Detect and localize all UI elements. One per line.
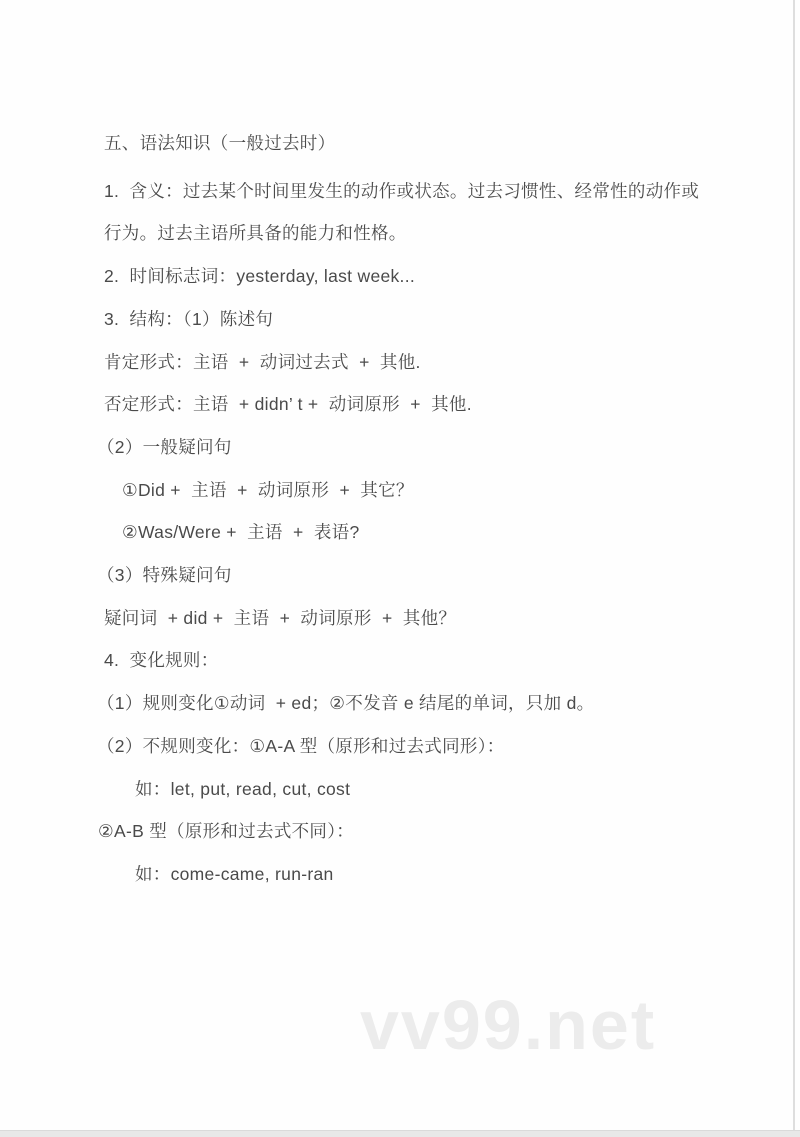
doc-line-meaning: 1. 含义：过去某个时间里发生的动作或状态。过去习惯性、经常性的动作或 <box>0 170 800 213</box>
doc-line-did-pattern: ①Did + 主语 + 动词原形 + 其它？ <box>0 469 800 512</box>
doc-line-meaning-cont: 行为。过去主语所具备的能力和性格。 <box>0 212 800 255</box>
doc-line-change-rules: 4. 变化规则： <box>0 639 800 682</box>
document-page: 五、语法知识（一般过去时） 1. 含义：过去某个时间里发生的动作或状态。过去习惯… <box>0 0 800 1137</box>
doc-line-regular-change: （1）规则变化①动词 + ed；②不发音 e 结尾的单词，只加 d。 <box>0 682 800 725</box>
doc-line-aa-examples: 如：let, put, read, cut, cost <box>0 768 800 811</box>
doc-line-negative-form: 否定形式：主语 + didn’ t + 动词原形 + 其他. <box>0 383 800 426</box>
doc-line-irregular-change: （2）不规则变化：①A-A 型（原形和过去式同形）： <box>0 725 800 768</box>
document-body: 五、语法知识（一般过去时） 1. 含义：过去某个时间里发生的动作或状态。过去习惯… <box>0 122 800 896</box>
doc-line-structure: 3. 结构：（1）陈述句 <box>0 298 800 341</box>
doc-line-was-were-pattern: ②Was/Were + 主语 + 表语? <box>0 511 800 554</box>
page-right-edge <box>793 0 795 1137</box>
doc-line-affirmative-form: 肯定形式：主语 + 动词过去式 + 其他. <box>0 341 800 384</box>
doc-line-time-markers: 2. 时间标志词：yesterday, last week... <box>0 255 800 298</box>
doc-line-ab-examples: 如：come-came, run-ran <box>0 853 800 896</box>
watermark: vv99.net <box>360 990 656 1060</box>
doc-line-ab-type: ②A-B 型（原形和过去式不同）： <box>0 810 800 853</box>
doc-line-wh-pattern: 疑问词 + did + 主语 + 动词原形 + 其他？ <box>0 597 800 640</box>
page-bottom-edge <box>0 1130 800 1137</box>
doc-line-general-question: （2）一般疑问句 <box>0 426 800 469</box>
doc-line-special-question: （3）特殊疑问句 <box>0 554 800 597</box>
section-heading: 五、语法知识（一般过去时） <box>0 122 800 165</box>
